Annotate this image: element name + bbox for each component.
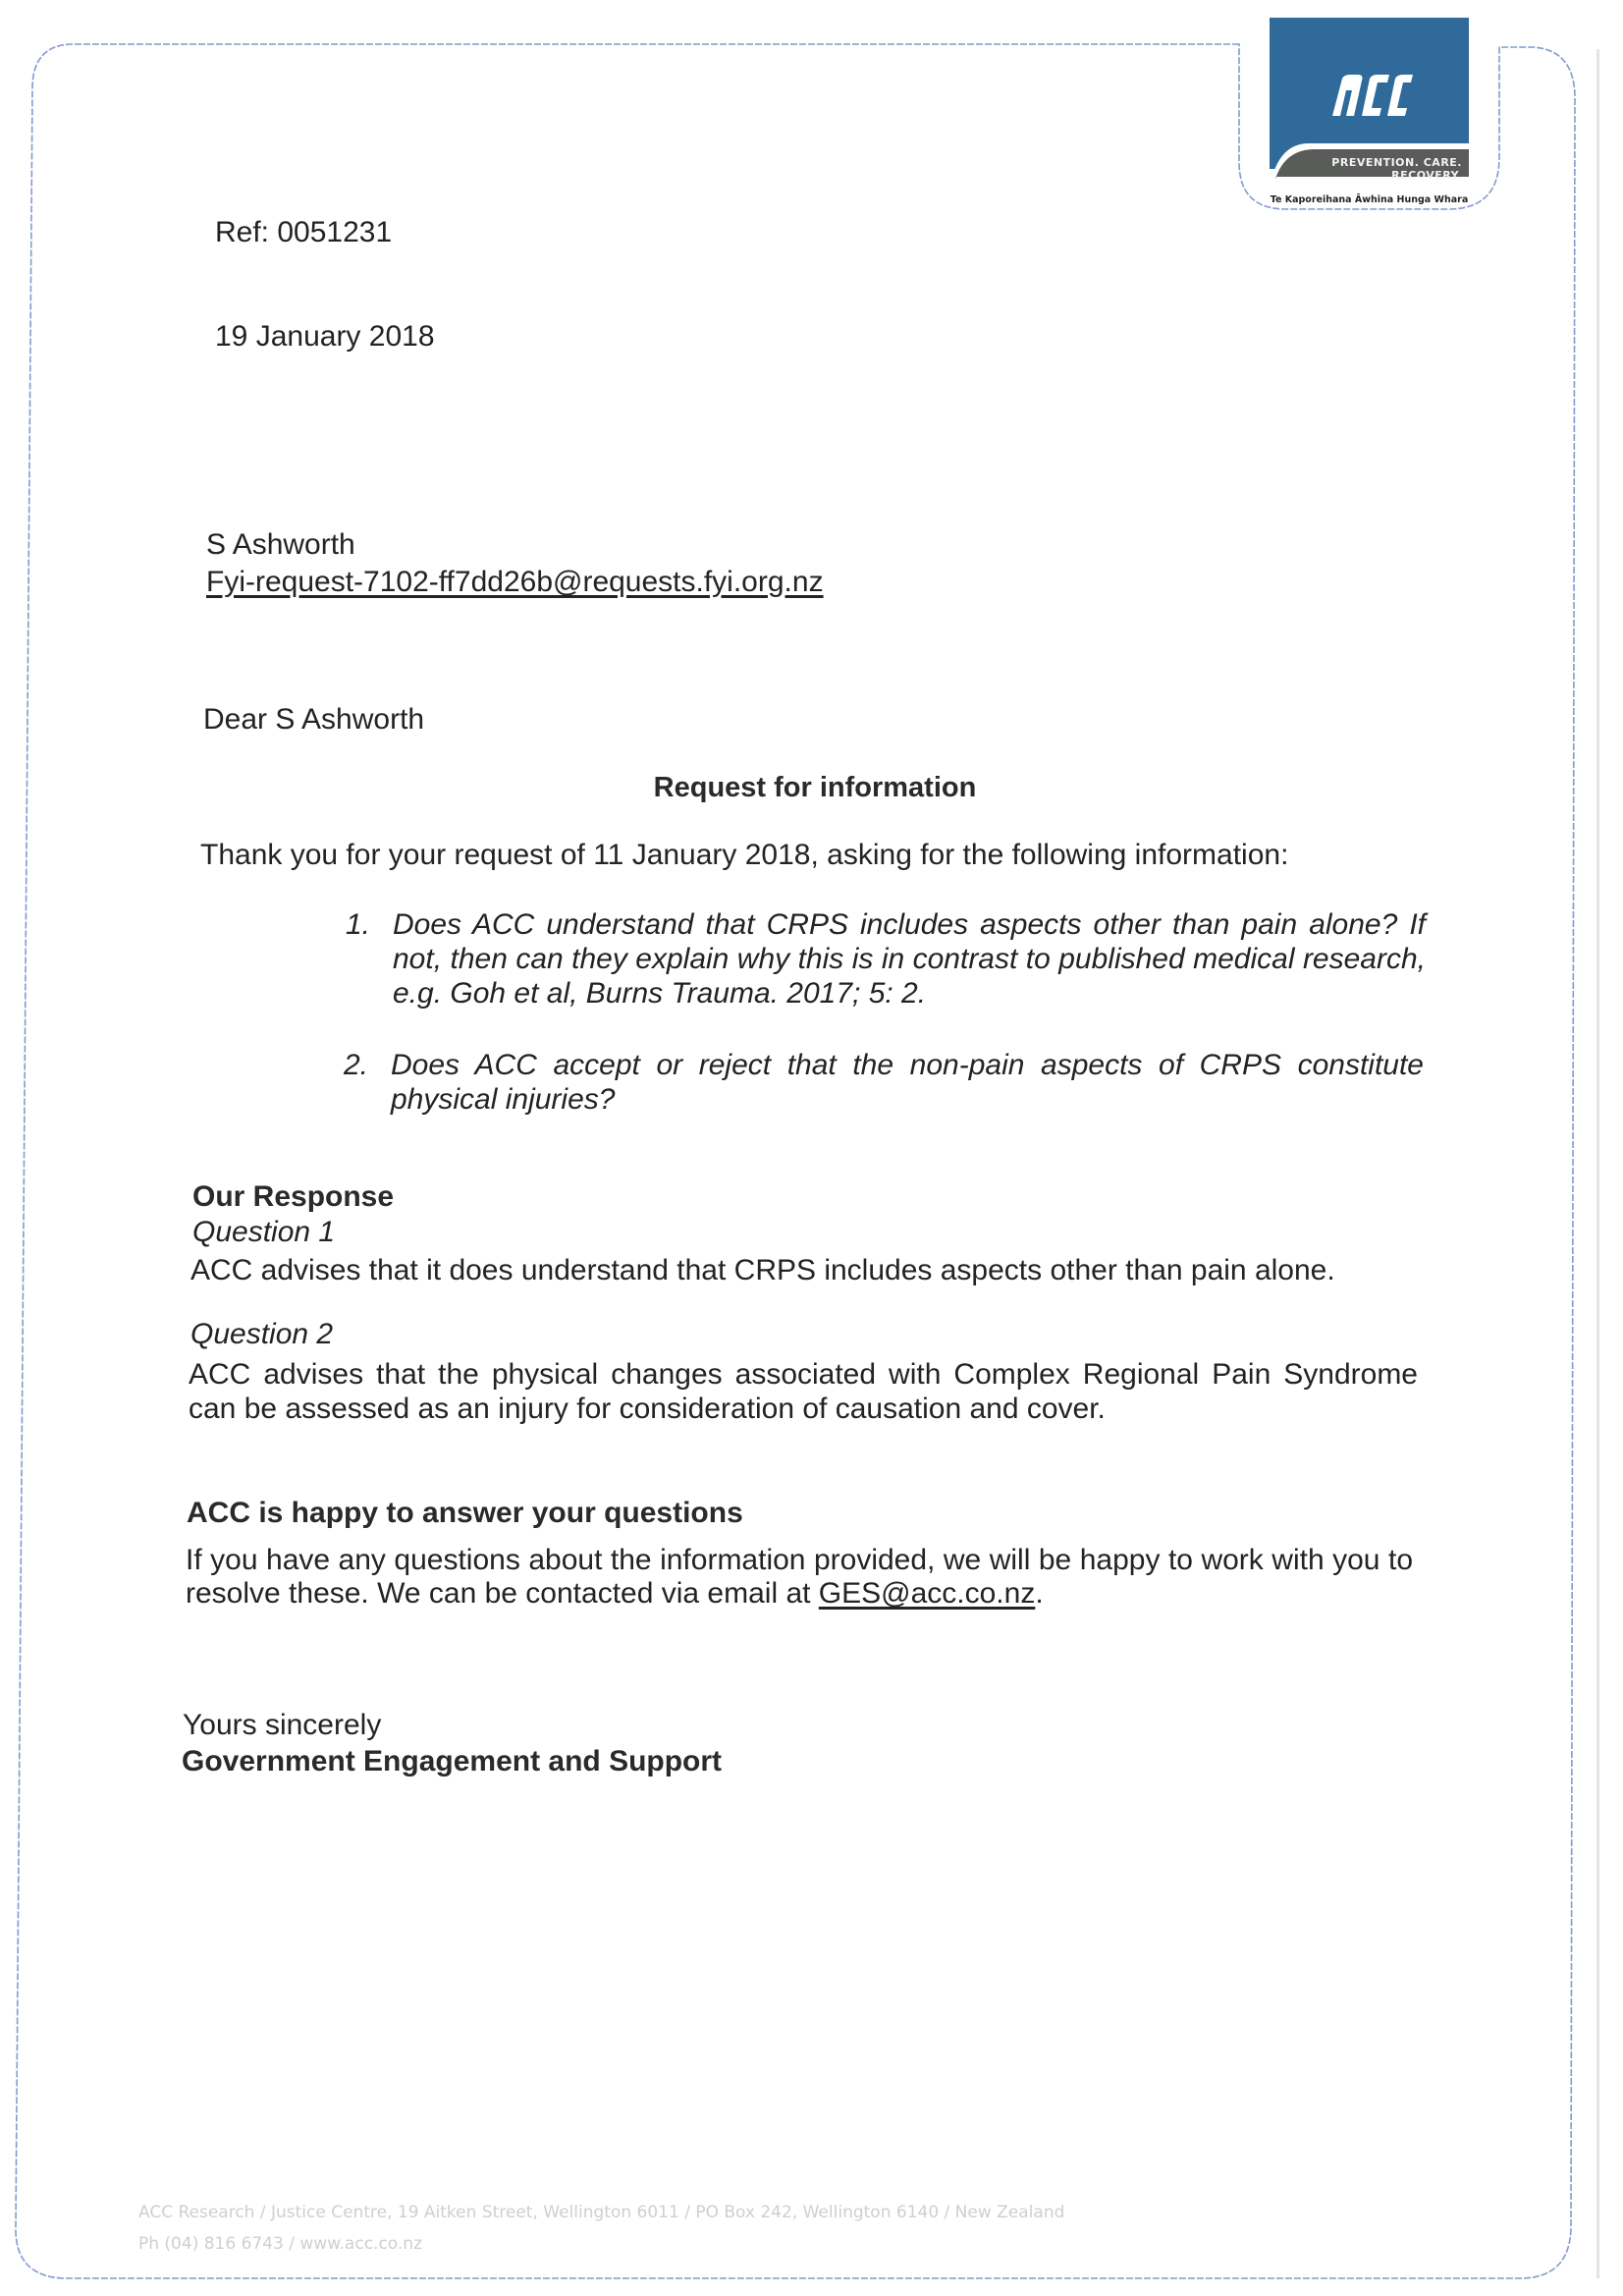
- request-number: 2.: [344, 1049, 368, 1082]
- valediction: Yours sincerely: [183, 1711, 381, 1740]
- question-2-answer: ACC advises that the physical changes as…: [189, 1357, 1418, 1426]
- question-1-label: Question 1: [192, 1218, 335, 1247]
- response-title: Our Response: [192, 1182, 394, 1212]
- contact-paragraph: If you have any questions about the info…: [186, 1544, 1413, 1611]
- acc-wordmark-icon: [1328, 73, 1413, 118]
- recipient-email-link[interactable]: Fyi-request-7102-ff7dd26b@requests.fyi.o…: [206, 568, 824, 597]
- logo-tagline: PREVENTION. CARE. RECOVERY.: [1270, 156, 1469, 182]
- contact-email-link[interactable]: GES@acc.co.nz: [819, 1577, 1036, 1610]
- signatory: Government Engagement and Support: [182, 1747, 722, 1777]
- footer-contact: Ph (04) 816 6743 / www.acc.co.nz: [138, 2234, 422, 2254]
- letter-heading: Request for information: [0, 774, 1623, 802]
- question-2-label: Question 2: [190, 1320, 333, 1349]
- acc-logo: PREVENTION. CARE. RECOVERY. Te Kaporeiha…: [1270, 18, 1469, 212]
- contact-text: If you have any questions about the info…: [186, 1544, 1413, 1610]
- footer-address: ACC Research / Justice Centre, 19 Aitken…: [138, 2203, 1064, 2222]
- reference-number: Ref: 0051231: [215, 218, 392, 247]
- letter-date: 19 January 2018: [215, 322, 435, 352]
- question-1-answer: ACC advises that it does understand that…: [190, 1256, 1335, 1285]
- request-item: Does ACC understand that CRPS includes a…: [393, 907, 1426, 1011]
- salutation: Dear S Ashworth: [203, 705, 424, 735]
- intro-paragraph: Thank you for your request of 11 January…: [200, 841, 1288, 870]
- contact-title: ACC is happy to answer your questions: [187, 1499, 743, 1528]
- logo-maori-name: Te Kaporeihana Āwhina Hunga Whara: [1270, 194, 1469, 205]
- request-item: Does ACC accept or reject that the non-p…: [391, 1048, 1424, 1117]
- contact-text-end: .: [1035, 1577, 1043, 1610]
- scan-edge-line: [1596, 49, 1599, 2278]
- recipient-name: S Ashworth: [206, 530, 355, 560]
- request-number: 1.: [346, 908, 370, 942]
